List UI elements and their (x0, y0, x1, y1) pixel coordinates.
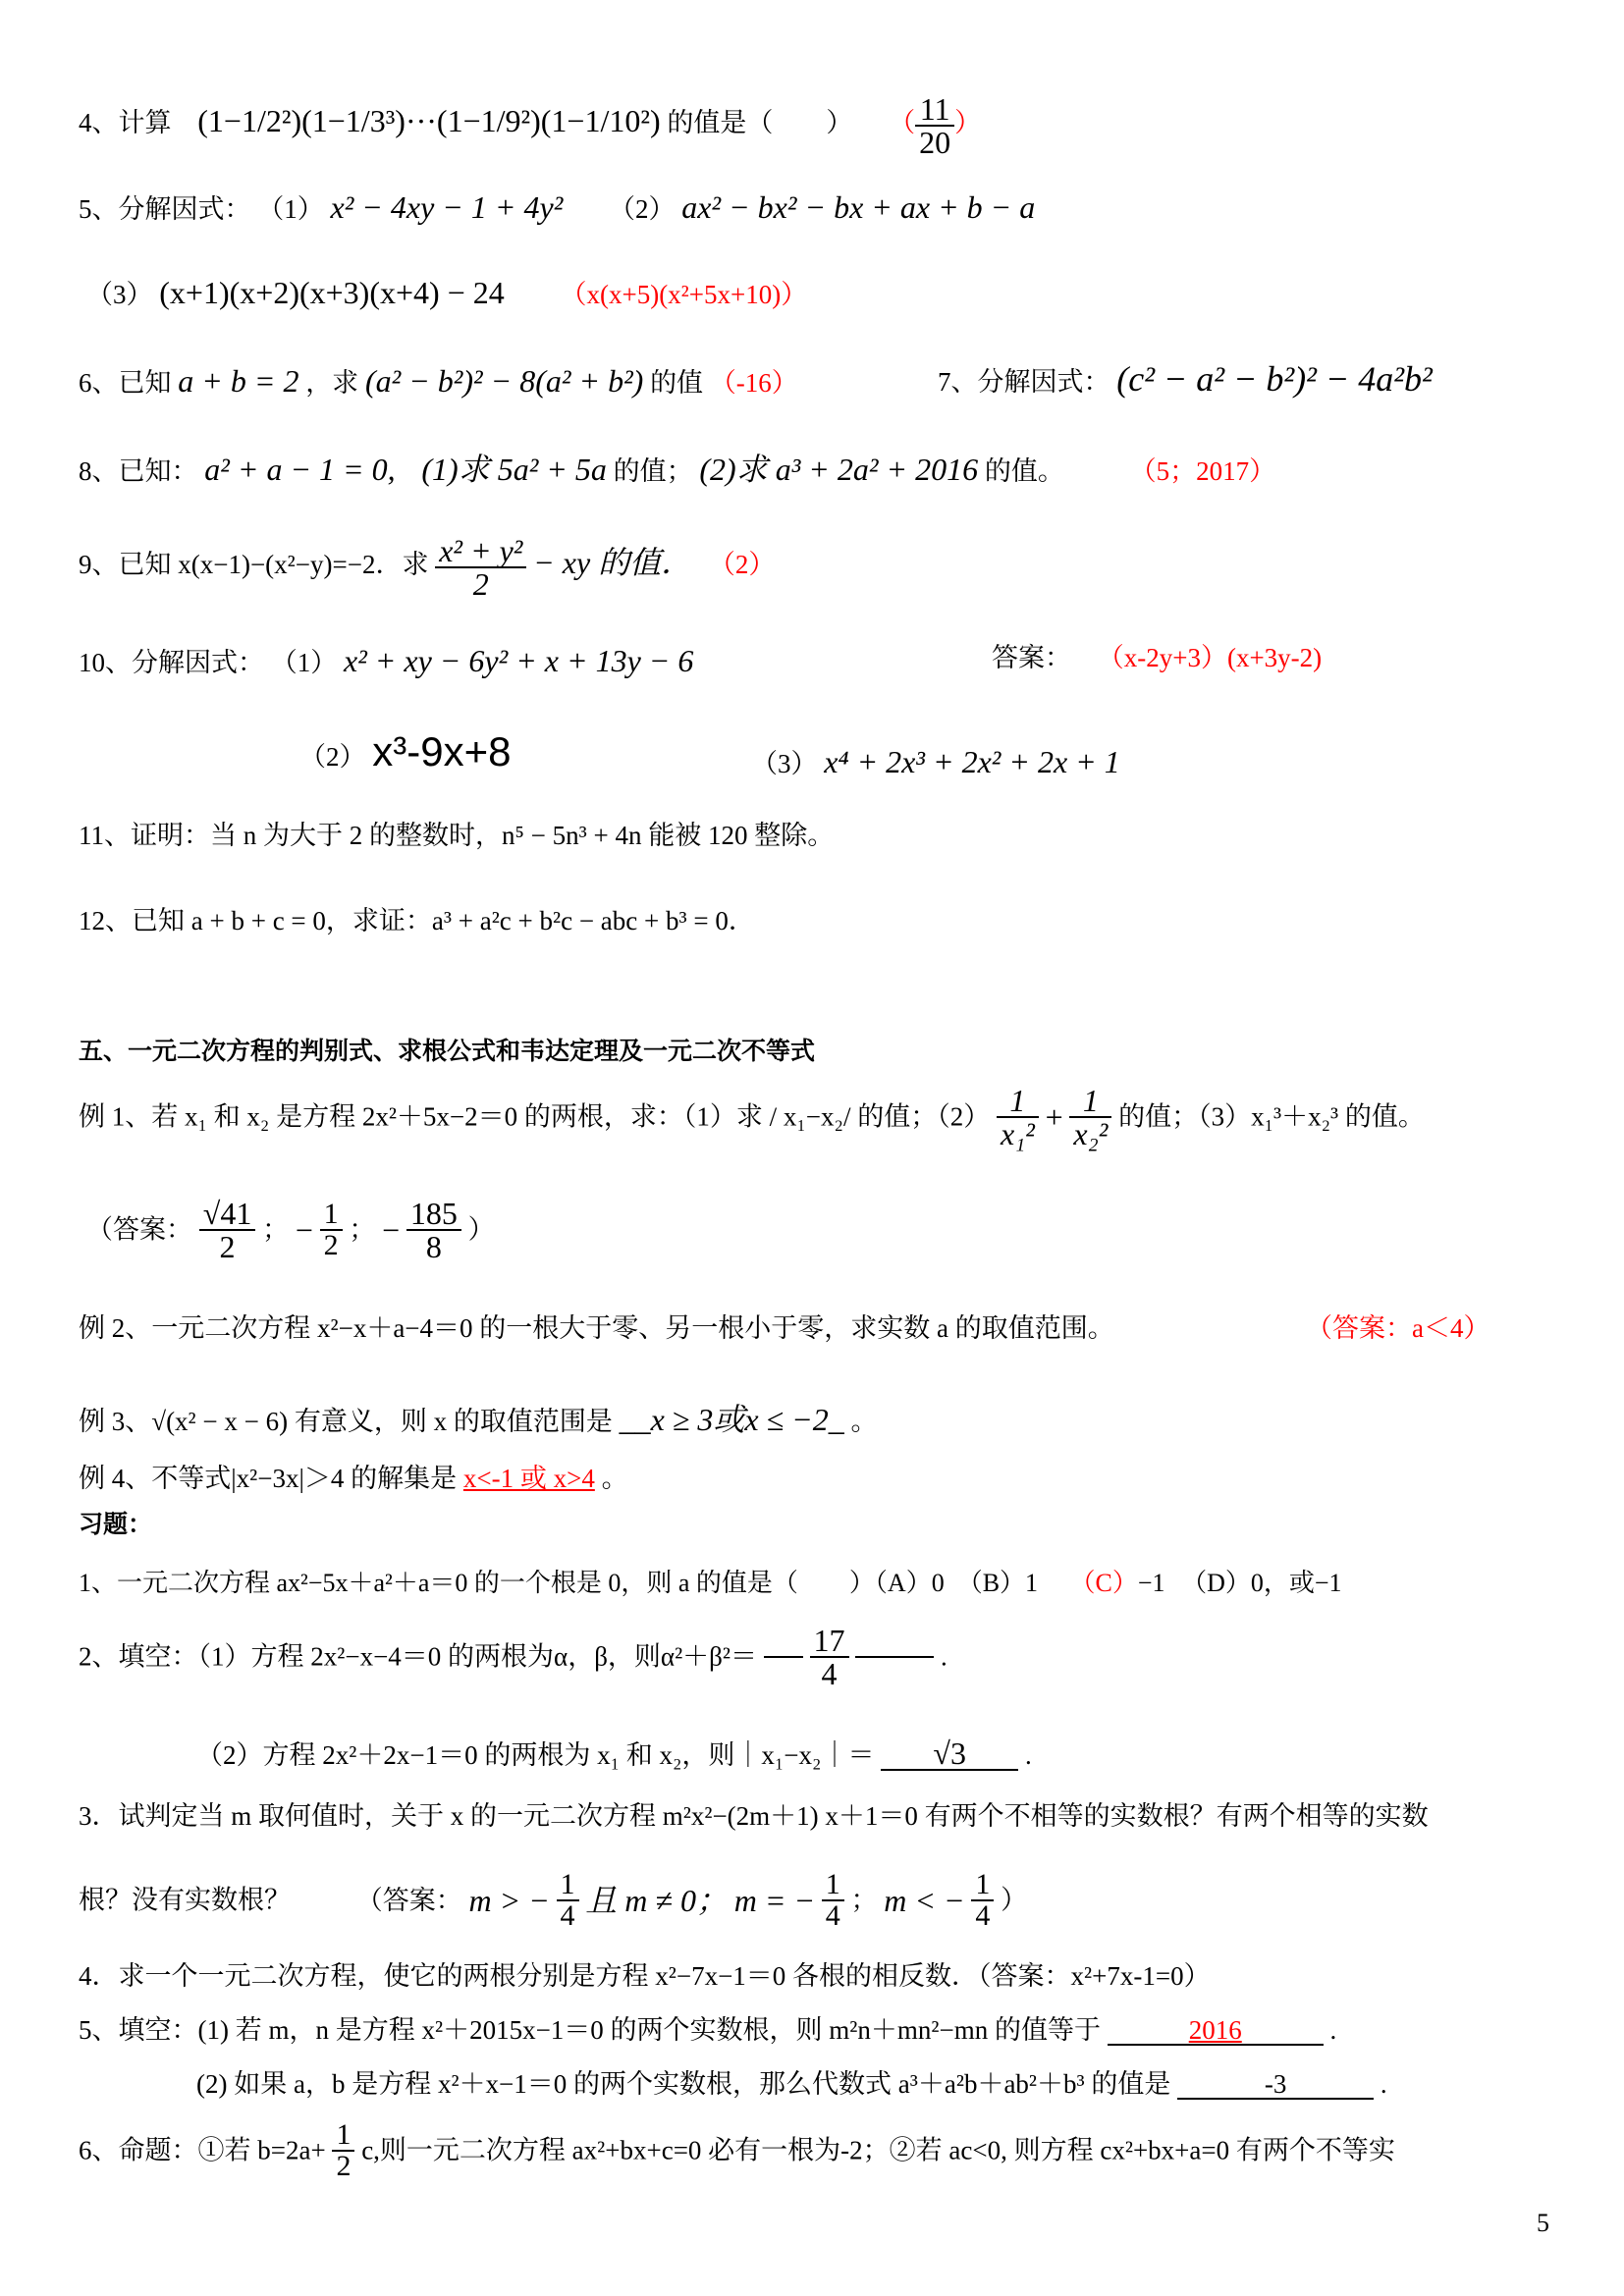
q10-answer-row: 答案： （x-2y+3）(x+3y-2) (992, 645, 1322, 671)
q11: 11、证明：当 n 为大于 2 的整数时，n⁵ − 5n³ + 4n 能被 12… (79, 823, 834, 849)
q9-answer: （2） (709, 550, 776, 579)
q4-label: 4、计算 (79, 108, 172, 137)
e2-p1-blank-right (855, 1656, 934, 1658)
page-number: 5 (1537, 2209, 1549, 2238)
e5-p2-end: . (1380, 2069, 1387, 2099)
exercise-1: 1、一元二次方程 ax²−5x＋a²＋a＝0 的一个根是 0，则 a 的值是（ … (79, 1571, 1342, 1596)
ex4-end: 。 (602, 1464, 628, 1493)
e2-p1-blank-left (764, 1656, 803, 1658)
ex1-answer-3-sign: − (382, 1212, 400, 1248)
ex1-tail: 的值；（3）x₁³＋x₂³ 的值。 (1118, 1102, 1425, 1132)
example-3: 例 3、√(x² − x − 6) 有意义，则 x 的取值范围是 __x ≥ 3… (79, 1404, 878, 1435)
e3-frac-3: 14 (971, 1870, 994, 1931)
q8-p1-tail: 的值； (614, 456, 693, 486)
q9-tail: − xy 的值． (533, 545, 692, 580)
q6-ask: ，求 (305, 368, 358, 398)
q4-tail: 的值是（ ） (667, 108, 852, 137)
q4-answer: （1120） (889, 108, 981, 137)
exercise-3-line2: 根？没有实数根？ （答案： m > − 14 且 m ≠ 0； m = − 14… (79, 1870, 1027, 1931)
q6-tail: 的值 (650, 368, 703, 398)
q4: 4、计算 (1−1/2²)(1−1/3³)···(1−1/9²)(1−1/10²… (79, 93, 981, 158)
ex1-answer-3: 1858 (406, 1198, 461, 1262)
q6-expr: (a² − b²)² − 8(a² + b²) (365, 363, 643, 399)
q8-p1: (1)求 5a² + 5a (421, 452, 607, 487)
q8-p2-tail: 的值。 (985, 456, 1064, 486)
e5-p1-blank: 2016 (1108, 2017, 1324, 2046)
q8-p2: (2)求 a³ + 2a² + 2016 (699, 452, 978, 487)
q7-expr: (c² − a² − b²)² − 4a²b² (1116, 359, 1433, 399)
ex1-answer-2-sign: − (296, 1212, 313, 1248)
q5-p3-expr: (x+1)(x+2)(x+3)(x+4) − 24 (159, 275, 504, 310)
q5-p2-expr: ax² − bx² − bx + ax + b − a (681, 189, 1035, 225)
ex3-text: 例 3、√(x² − x − 6) 有意义，则 x 的取值范围是 (79, 1407, 613, 1436)
q10-p2-expr: x³-9x+8 (372, 728, 511, 774)
e5-p2-text: (2) 如果 a，b 是方程 x²＋x−1＝0 的两个实数根，那么代数式 a³＋… (196, 2069, 1170, 2099)
e2-p1-text: 2、填空：（1）方程 2x²−x−4＝0 的两根为α，β，则α²＋β²＝ (79, 1642, 757, 1672)
q8: 8、已知： a² + a − 1 = 0, (1)求 5a² + 5a 的值； … (79, 454, 1275, 485)
e3-answer-label: （答案： (356, 1886, 462, 1915)
example-2-answer: （答案：a＜4） (1306, 1315, 1489, 1342)
ex4-text: 例 4、不等式|x²−3x|＞4 的解集是 (79, 1464, 457, 1493)
e3-frac-1: 14 (557, 1870, 579, 1931)
e6-post: c,则一元二次方程 ax²+bx+c=0 必有一根为-2；②若 ac<0, 则方… (361, 2136, 1395, 2165)
q9-label: 9、已知 x(x−1)−(x²−y)=−2．求 (79, 550, 428, 579)
e2-p2-answer: √3 (881, 1737, 1018, 1771)
ex3-answer: __x ≥ 3或x ≤ −2_ (620, 1402, 844, 1437)
q10-p3-label: （3） (751, 749, 818, 778)
example-1: 例 1、若 x₁ 和 x₂ 是方程 2x²＋5x−2＝0 的两根，求：（1）求 … (79, 1085, 1425, 1149)
q5-p3-answer: （x(x+5)(x²+5x+10)） (560, 280, 807, 309)
q7-label: 7、分解因式： (938, 367, 1110, 397)
ex1-answer-label: （答案： (86, 1215, 192, 1245)
q10-label: 10、分解因式： (79, 648, 264, 677)
q5-p1-expr: x² − 4xy − 1 + 4y² (331, 189, 564, 225)
q8-answer: （5；2017） (1130, 456, 1276, 486)
q9: 9、已知 x(x−1)−(x²−y)=−2．求 x² + y²2 − xy 的值… (79, 535, 775, 600)
q4-expression: (1−1/2²)(1−1/3³)···(1−1/9²)(1−1/10²) (197, 103, 660, 138)
exercise-6: 6、命题：①若 b=2a+ 12 c,则一元二次方程 ax²+bx+c=0 必有… (79, 2120, 1395, 2181)
e2-p1-end: . (941, 1642, 947, 1672)
q5-p3-label: （3） (86, 280, 153, 309)
q10-p1-expr: x² + xy − 6y² + x + 13y − 6 (344, 643, 693, 678)
exercises-heading: 习题： (79, 1512, 152, 1536)
q6: 6、已知 a + b = 2 ，求 (a² − b²)² − 8(a² + b²… (79, 365, 798, 397)
e2-p2-text: （2）方程 2x²＋2x−1＝0 的两根为 x₁ 和 x₂，则｜x₁−x₂｜＝ (196, 1740, 874, 1770)
q5-part3: （3） (x+1)(x+2)(x+3)(x+4) − 24 （x(x+5)(x²… (86, 277, 807, 308)
q10-p3-expr: x⁴ + 2x³ + 2x² + 2x + 1 (824, 744, 1120, 779)
exercise-5-part2: (2) 如果 a，b 是方程 x²＋x−1＝0 的两个实数根，那么代数式 a³＋… (196, 2071, 1387, 2100)
q10-p3: （3） x⁴ + 2x³ + 2x² + 2x + 1 (751, 746, 1120, 777)
ex1-frac1: 1x₁² (997, 1085, 1039, 1149)
q12: 12、已知 a + b + c = 0，求证：a³ + a²c + b²c − … (79, 908, 755, 934)
ex1-answer-1: √412 (199, 1198, 256, 1262)
q7: 7、分解因式： (c² − a² − b²)² − 4a²b² (938, 361, 1433, 397)
q5-p2-label: （2） (609, 194, 676, 224)
q10-p1-label: （1） (271, 648, 338, 677)
q10-answer-label: 答案： (992, 643, 1071, 672)
exercise-2-part2: （2）方程 2x²＋2x−1＝0 的两根为 x₁ 和 x₂，则｜x₁−x₂｜＝ … (196, 1737, 1032, 1771)
ex1-text: 例 1、若 x₁ 和 x₂ 是方程 2x²＋5x−2＝0 的两根，求：（1）求 … (79, 1102, 990, 1132)
e3-answer-1: m > − (469, 1883, 550, 1918)
e3-answer-3-tail: ） (1001, 1886, 1027, 1915)
ex1-sep1: ； (262, 1215, 289, 1245)
q10-p2-label: （2） (299, 742, 366, 772)
example-4: 例 4、不等式|x²−3x|＞4 的解集是 x<-1 或 x>4 。 (79, 1466, 628, 1492)
e1-text: 1、一元二次方程 ax²−5x＋a²＋a＝0 的一个根是 0，则 a 的值是（ … (79, 1569, 1063, 1597)
exercise-5-part1: 5、填空：(1) 若 m，n 是方程 x²＋2015x−1＝0 的两个实数根，则… (79, 2017, 1336, 2046)
exercise-3-line1: 3．试判定当 m 取何值时，关于 x 的一元二次方程 m²x²−(2m＋1) x… (79, 1803, 1429, 1830)
e5-p1-end: . (1329, 2015, 1336, 2045)
e5-p1-text: 5、填空：(1) 若 m，n 是方程 x²＋2015x−1＝0 的两个实数根，则… (79, 2015, 1101, 2045)
q5-p1-label: （1） (257, 194, 324, 224)
e6-pre: 6、命题：①若 b=2a+ (79, 2136, 326, 2165)
ex1-sep2: ； (349, 1215, 375, 1245)
e2-p1-answer: 174 (810, 1625, 849, 1689)
q10-answer: （x-2y+3）(x+3y-2) (1098, 643, 1322, 672)
e5-p2-answer: -3 (1177, 2071, 1374, 2100)
q10-p2: （2） x³-9x+8 (299, 731, 511, 773)
q6-label: 6、已知 (79, 368, 172, 398)
e6-fraction: 12 (332, 2120, 354, 2181)
ex1-answer-end: ） (468, 1215, 495, 1245)
example-2: 例 2、一元二次方程 x²−x＋a−4＝0 的一根大于零、另一根小于零，求实数 … (79, 1315, 1114, 1342)
q6-condition: a + b = 2 (178, 363, 298, 399)
ex3-end: 。 (851, 1407, 878, 1436)
ex4-answer: x<-1 或 x>4 (463, 1464, 595, 1493)
ex1-frac2: 1x₂² (1069, 1085, 1111, 1149)
ex1-answer-2: 12 (320, 1200, 343, 1260)
e3-line2: 根？没有实数根？ (79, 1886, 291, 1915)
q9-fraction: x² + y²2 (435, 535, 526, 600)
ex2-text: 例 2、一元二次方程 x²−x＋a−4＝0 的一根大于零、另一根小于零，求实数 … (79, 1313, 1114, 1343)
q5: 5、分解因式： （1） x² − 4xy − 1 + 4y² （2） ax² −… (79, 191, 1035, 223)
exercise-2-part1: 2、填空：（1）方程 2x²−x−4＝0 的两根为α，β，则α²＋β²＝ 174… (79, 1625, 947, 1689)
exercise-4: 4．求一个一元二次方程，使它的两根分别是方程 x²−7x−1＝0 各根的相反数．… (79, 1963, 1211, 1990)
q6-answer: （-16） (710, 368, 798, 398)
e1-option-c: （C）−1 (1070, 1569, 1165, 1597)
q10: 10、分解因式： （1） x² + xy − 6y² + x + 13y − 6 (79, 645, 693, 676)
e1-option-d: （D）0，或−1 (1181, 1569, 1341, 1597)
e3-answer-3: m < − (884, 1883, 964, 1918)
section-heading: 五、一元二次方程的判别式、求根公式和韦达定理及一元二次不等式 (79, 1039, 815, 1063)
e3-frac-2: 14 (822, 1870, 844, 1931)
q8-condition: a² + a − 1 = 0, (204, 452, 395, 487)
e3-answer-2: m = − (734, 1883, 815, 1918)
e3-answer-2-tail: ； (851, 1886, 878, 1915)
q5-label: 5、分解因式： (79, 194, 251, 224)
example-1-answer: （答案： √412 ； − 12 ； − 1858 ） (86, 1198, 495, 1262)
e3-answer-1-tail: 且 m ≠ 0； (585, 1883, 728, 1918)
ex1-plus: + (1046, 1099, 1063, 1135)
e2-p2-end: . (1025, 1740, 1032, 1770)
q8-label: 8、已知： (79, 456, 198, 486)
